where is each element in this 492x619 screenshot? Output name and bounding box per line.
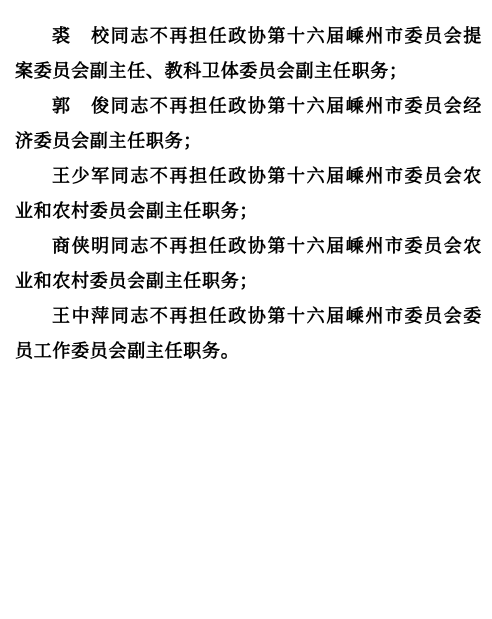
paragraph-guo-jun: 郭 俊同志不再担任政协第十六届嵊州市委员会经济委员会副主任职务；	[15, 89, 482, 159]
document-page: 裘 校同志不再担任政协第十六届嵊州市委员会提案委员会副主任、教科卫体委员会副主任…	[0, 0, 492, 619]
paragraph-shang-xiaming: 商侠明同志不再担任政协第十六届嵊州市委员会农业和农村委员会副主任职务；	[15, 229, 482, 299]
paragraph-wang-shaojun: 王少军同志不再担任政协第十六届嵊州市委员会农业和农村委员会副主任职务；	[15, 159, 482, 229]
paragraph-wang-zhongping: 王中萍同志不再担任政协第十六届嵊州市委员会委员工作委员会副主任职务。	[15, 299, 482, 369]
paragraph-qiu-xiao: 裘 校同志不再担任政协第十六届嵊州市委员会提案委员会副主任、教科卫体委员会副主任…	[15, 19, 482, 89]
